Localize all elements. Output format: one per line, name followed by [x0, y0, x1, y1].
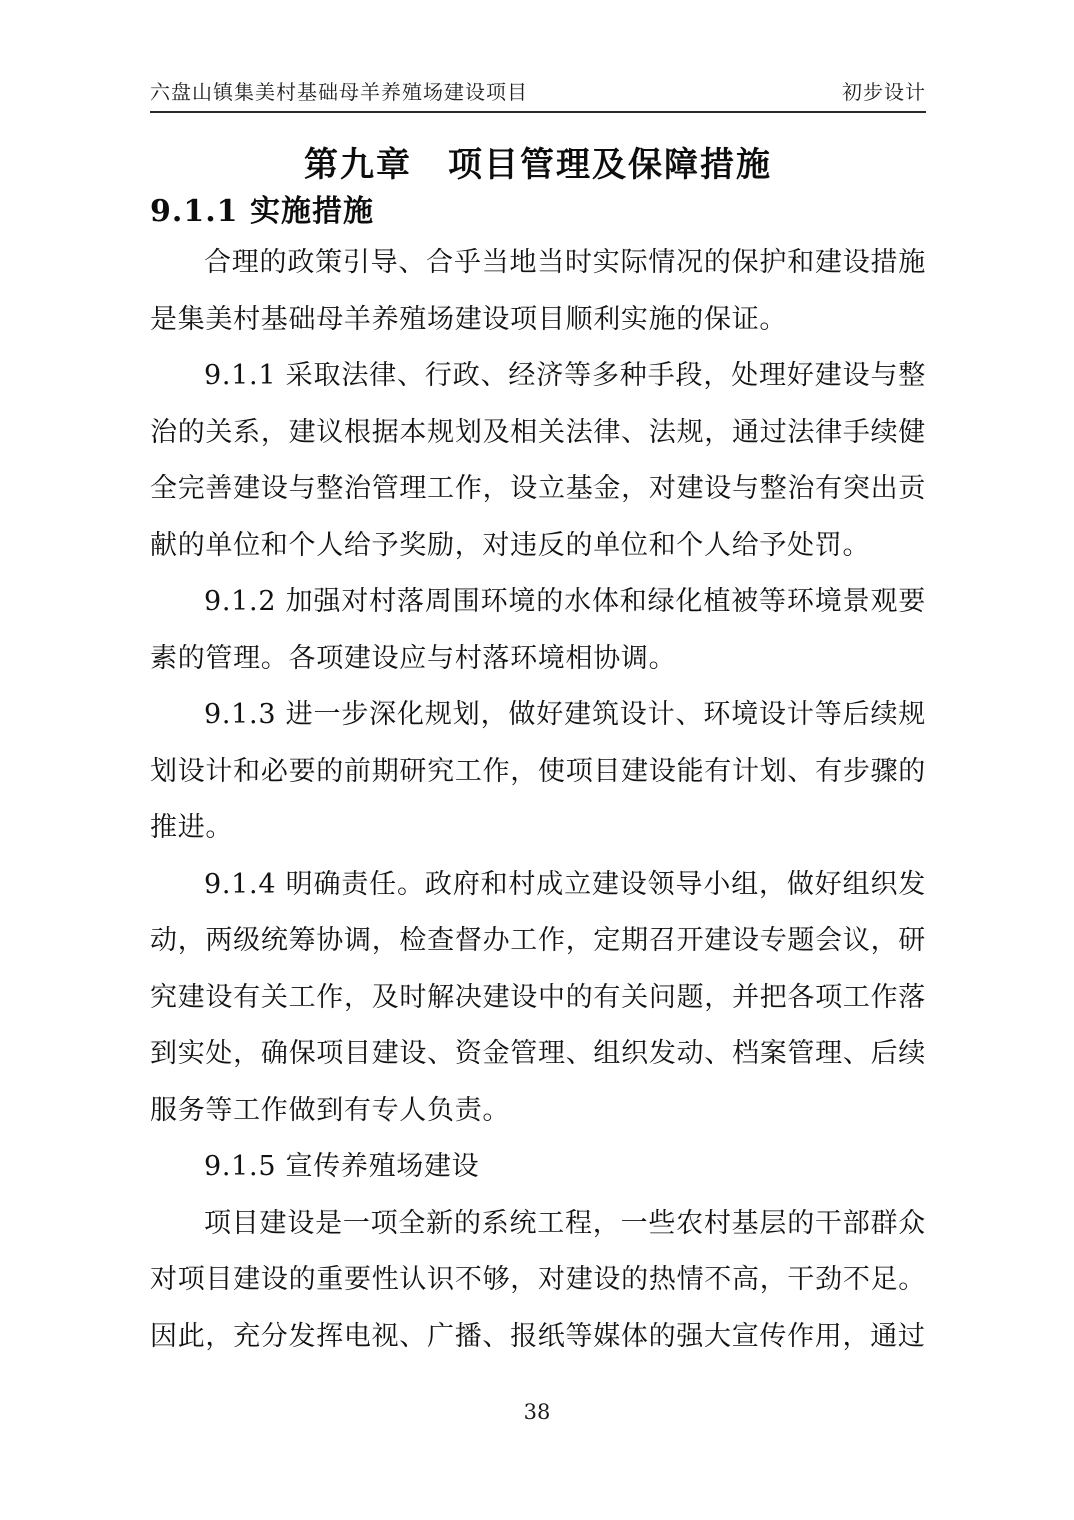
document-content: 六盘山镇集美村基础母羊养殖场建设项目 初步设计 第九章 项目管理及保障措施 9.… — [0, 0, 1074, 1365]
chapter-title: 第九章 项目管理及保障措施 — [150, 145, 926, 185]
body-text: 合理的政策引导、合乎当地当时实际情况的保护和建设措施是集美村基础母羊养殖场建设项… — [150, 235, 926, 1365]
paragraph-9-1-4: 9.1.4 明确责任。政府和村成立建设领导小组，做好组织发动，两级统筹协调，检查… — [150, 857, 926, 1140]
paragraph-9-1-2: 9.1.2 加强对村落周围环境的水体和绿化植被等环境景观要素的管理。各项建设应与… — [150, 574, 926, 687]
page-number: 38 — [0, 1400, 1074, 1424]
section-heading: 9.1.1 实施措施 — [150, 193, 926, 231]
paragraph-9-1-5: 9.1.5 宣传养殖场建设 — [150, 1139, 926, 1196]
document-page: 六盘山镇集美村基础母羊养殖场建设项目 初步设计 第九章 项目管理及保障措施 9.… — [0, 0, 1074, 1520]
paragraph-9-1-1: 9.1.1 采取法律、行政、经济等多种手段，处理好建设与整治的关系，建议根据本规… — [150, 348, 926, 574]
header-project-title: 六盘山镇集美村基础母羊养殖场建设项目 — [150, 76, 528, 105]
page-header: 六盘山镇集美村基础母羊养殖场建设项目 初步设计 — [150, 76, 926, 113]
paragraph-9-1-3: 9.1.3 进一步深化规划，做好建筑设计、环境设计等后续规划设计和必要的前期研究… — [150, 687, 926, 857]
paragraph-publicity: 项目建设是一项全新的系统工程，一些农村基层的干部群众对项目建设的重要性认识不够，… — [150, 1196, 926, 1366]
header-doc-type: 初步设计 — [842, 76, 926, 105]
paragraph-intro: 合理的政策引导、合乎当地当时实际情况的保护和建设措施是集美村基础母羊养殖场建设项… — [150, 235, 926, 348]
